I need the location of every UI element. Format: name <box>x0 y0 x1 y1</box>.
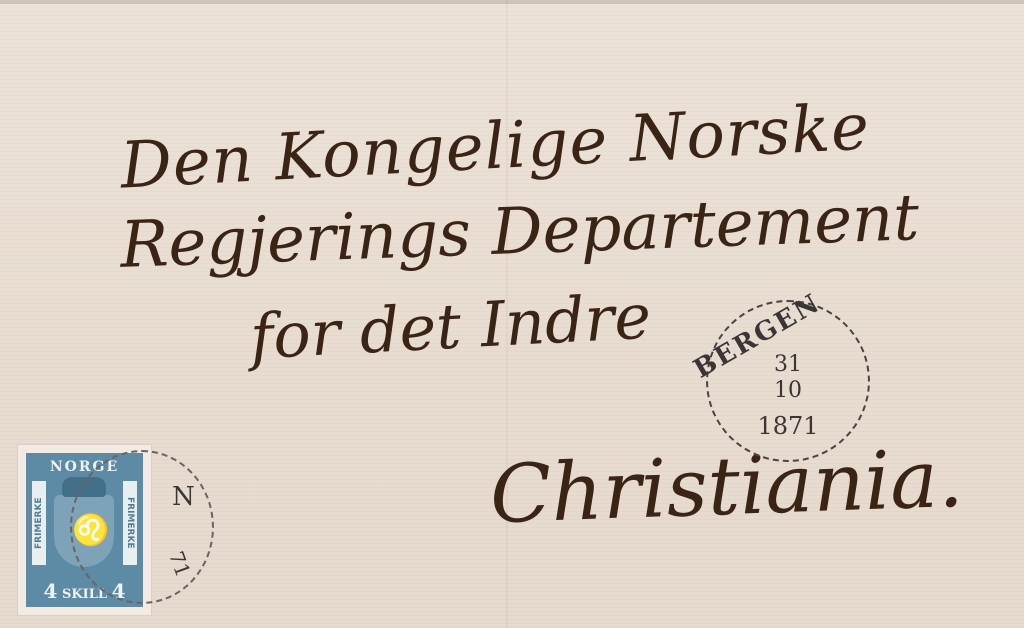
postmark-month: 10 <box>708 378 868 403</box>
bergen-postmark: BERGEN 31 10 1871 <box>706 300 870 462</box>
stamp-cancellation: N 71 <box>70 450 214 604</box>
paper-edge <box>0 0 1024 4</box>
cancellation-town-fragment: N <box>172 482 195 512</box>
envelope-cover: Den Kongelige Norske Regjerings Departem… <box>0 0 1024 628</box>
address-line-3: for det Indre <box>248 280 652 374</box>
postmark-year: 1871 <box>708 412 868 440</box>
stamp-side-text-left: FRIMERKE <box>32 481 46 565</box>
cancellation-year-fragment: 71 <box>164 548 195 580</box>
address-city: Christiania. <box>489 432 965 541</box>
postmark-day: 31 <box>708 352 868 377</box>
